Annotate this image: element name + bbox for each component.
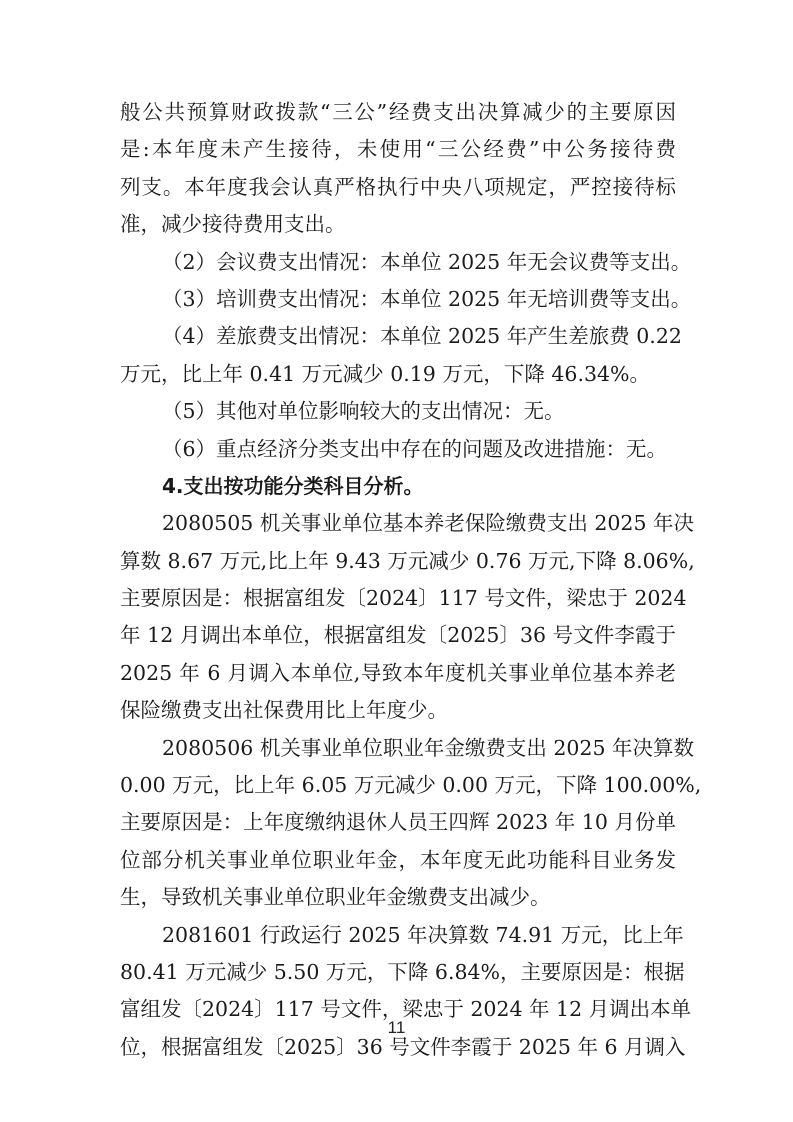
text-line: 2081601 行政运行 2025 年决算数 74.91 万元，比上年	[120, 917, 676, 954]
text-line: 2080505 机关事业单位基本养老保险缴费支出 2025 年决	[120, 505, 676, 542]
section-heading: 4.支出按功能分类科目分析。	[120, 468, 676, 505]
document-body: 般公共预算财政拨款“三公”经费支出决算减少的主要原因 是:本年度未产生接待，未使…	[120, 94, 676, 1066]
section-heading-text: 4.支出按功能分类科目分析。	[120, 468, 676, 505]
text-line: 是:本年度未产生接待，未使用“三公经费”中公务接待费	[120, 131, 676, 168]
page-number: 11	[0, 1018, 793, 1038]
paragraph-meeting-fee: （2）会议费支出情况：本单位 2025 年无会议费等支出。	[120, 244, 676, 281]
text-line: 2080506 机关事业单位职业年金缴费支出 2025 年决算数	[120, 730, 676, 767]
paragraph-item-2081601: 2081601 行政运行 2025 年决算数 74.91 万元，比上年 80.4…	[120, 917, 676, 1067]
text-line: 80.41 万元减少 5.50 万元，下降 6.84%，主要原因是：根据	[120, 954, 676, 991]
paragraph-key-issues: （6）重点经济分类支出中存在的问题及改进措施：无。	[120, 431, 676, 468]
text-line: 主要原因是：上年度缴纳退休人员王四辉 2023 年 10 月份单	[120, 804, 676, 841]
text-line: （2）会议费支出情况：本单位 2025 年无会议费等支出。	[120, 244, 676, 281]
text-line: 2025 年 6 月调入本单位,导致本年度机关事业单位基本养老	[120, 655, 676, 692]
paragraph-item-2080506: 2080506 机关事业单位职业年金缴费支出 2025 年决算数 0.00 万元…	[120, 730, 676, 917]
text-line: 万元，比上年 0.41 万元减少 0.19 万元，下降 46.34%。	[120, 356, 676, 393]
text-line: 位部分机关事业单位职业年金，本年度无此功能科目业务发	[120, 842, 676, 879]
paragraph-other-expense: （5）其他对单位影响较大的支出情况：无。	[120, 393, 676, 430]
text-line: 年 12 月调出本单位，根据富组发〔2025〕36 号文件李霞于	[120, 617, 676, 654]
text-line: （5）其他对单位影响较大的支出情况：无。	[120, 393, 676, 430]
text-line: （4）差旅费支出情况：本单位 2025 年产生差旅费 0.22	[120, 318, 676, 355]
text-line: 主要原因是：根据富组发〔2024〕117 号文件，梁忠于 2024	[120, 580, 676, 617]
text-line: 列支。本年度我会认真严格执行中央八项规定，严控接待标	[120, 169, 676, 206]
text-line: 生，导致机关事业单位职业年金缴费支出减少。	[120, 879, 676, 916]
paragraph-sangong-reason: 般公共预算财政拨款“三公”经费支出决算减少的主要原因 是:本年度未产生接待，未使…	[120, 94, 676, 244]
paragraph-item-2080505: 2080505 机关事业单位基本养老保险缴费支出 2025 年决 算数 8.67…	[120, 505, 676, 729]
text-line: 准，减少接待费用支出。	[120, 206, 676, 243]
text-line: （6）重点经济分类支出中存在的问题及改进措施：无。	[120, 431, 676, 468]
text-line: 保险缴费支出社保费用比上年度少。	[120, 692, 676, 729]
text-line: 算数 8.67 万元,比上年 9.43 万元减少 0.76 万元,下降 8.06…	[120, 543, 676, 580]
document-page: 般公共预算财政拨款“三公”经费支出决算减少的主要原因 是:本年度未产生接待，未使…	[0, 0, 793, 1122]
paragraph-travel-fee: （4）差旅费支出情况：本单位 2025 年产生差旅费 0.22 万元，比上年 0…	[120, 318, 676, 393]
text-line: 0.00 万元，比上年 6.05 万元减少 0.00 万元，下降 100.00%…	[120, 767, 676, 804]
text-line: （3）培训费支出情况：本单位 2025 年无培训费等支出。	[120, 281, 676, 318]
paragraph-training-fee: （3）培训费支出情况：本单位 2025 年无培训费等支出。	[120, 281, 676, 318]
text-line: 般公共预算财政拨款“三公”经费支出决算减少的主要原因	[120, 94, 676, 131]
